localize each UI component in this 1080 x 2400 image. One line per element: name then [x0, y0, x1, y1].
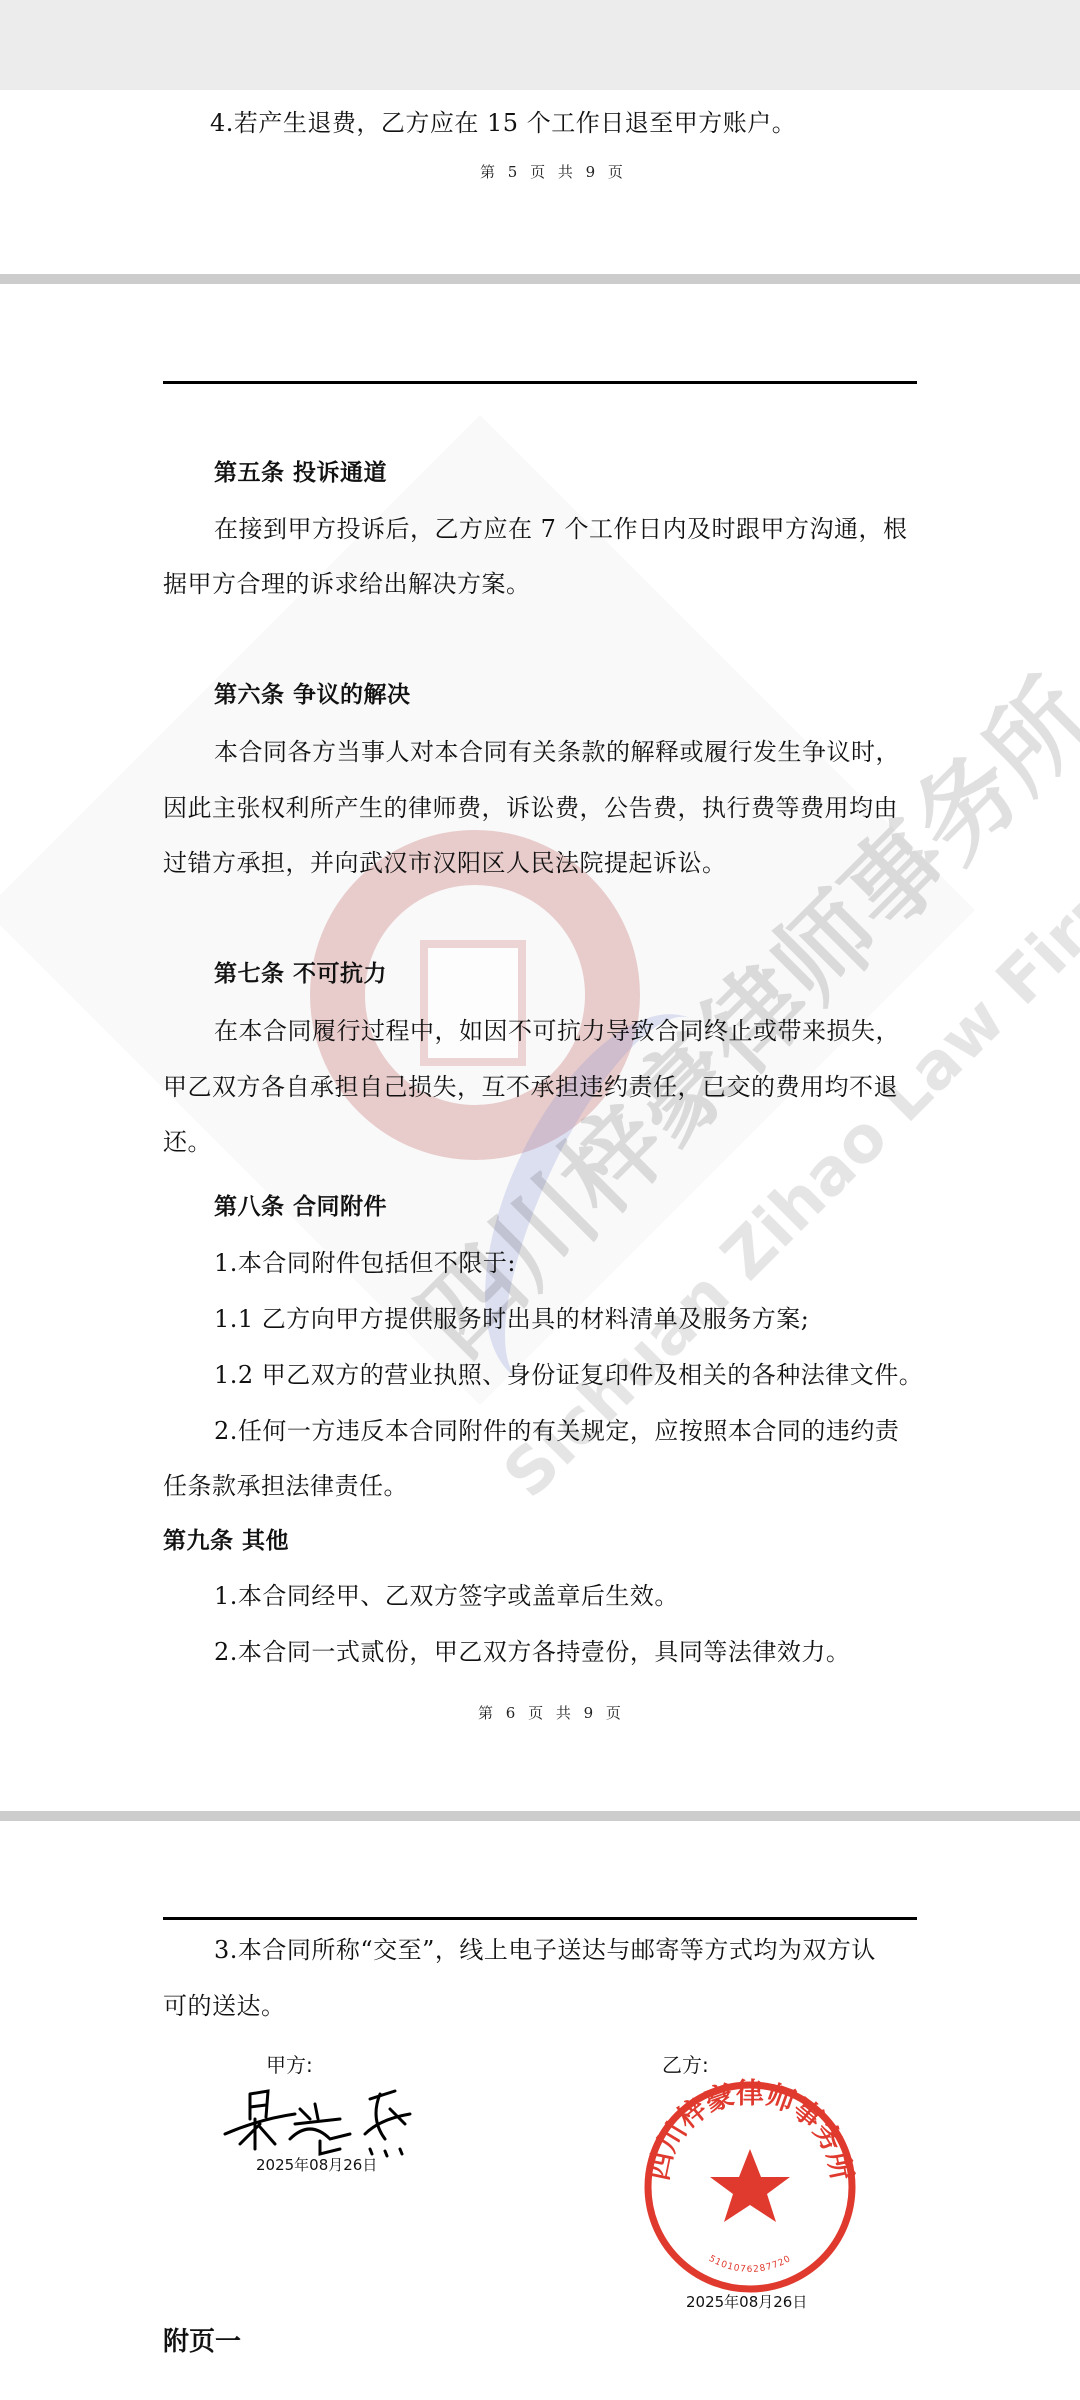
svg-text:5101076287720: 5101076287720: [707, 2254, 793, 2275]
page-separator: [0, 1811, 1080, 1821]
page-6: 四川梓豪律师事务所 Sichuan Zihao Law Firm 第五条 投诉通…: [0, 284, 1080, 1811]
article-7-text: 还。: [163, 1127, 212, 1157]
article-9-text: 1.本合同经甲、乙双方签字或盖章后生效。: [214, 1581, 679, 1611]
party-a-date: 2025年08月26日: [256, 2154, 377, 2175]
article-7-title: 第七条 不可抗力: [214, 959, 387, 989]
page-separator: [0, 274, 1080, 284]
article-6-title: 第六条 争议的解决: [214, 680, 411, 710]
party-b-date: 2025年08月26日: [686, 2291, 807, 2312]
page-footer: 第 6 页 共 9 页: [478, 1702, 625, 1723]
article-6-text: 过错方承担，并向武汉市汉阳区人民法院提起诉讼。: [163, 848, 727, 878]
party-a-signature: [220, 2079, 420, 2159]
appendix-title: 附页一: [163, 2321, 241, 2358]
article-7-text: 在本合同履行过程中，如因不可抗力导致合同终止或带来损失，: [214, 1016, 900, 1046]
page-7: 3.本合同所称“交至”，线上电子送达与邮寄等方式均为双方认 可的送达。 甲方: …: [0, 1821, 1080, 2400]
watermark-logo-ring: [310, 830, 640, 1160]
article-7-text: 甲乙双方各自承担自己损失，互不承担违约责任，已交的费用均不退: [163, 1072, 898, 1102]
clause-text: 可的送达。: [163, 1991, 286, 2021]
article-5-title: 第五条 投诉通道: [214, 458, 387, 488]
watermark-text-en: Sichuan Zihao Law Firm: [490, 851, 1080, 1512]
article-8-text: 1.2 甲乙双方的营业执照、身份证复印件及相关的各种法律文件。: [214, 1360, 923, 1390]
article-8-text: 任条款承担法律责任。: [163, 1471, 408, 1501]
viewer-top-bar: [0, 0, 1080, 90]
article-5-text: 在接到甲方投诉后，乙方应在 7 个工作日内及时跟甲方沟通，根: [214, 514, 908, 544]
article-6-text: 本合同各方当事人对本合同有关条款的解释或履行发生争议时，: [214, 737, 900, 767]
clause-text: 4.若产生退费，乙方应在 15 个工作日退至甲方账户。: [210, 108, 796, 138]
article-8-title: 第八条 合同附件: [214, 1192, 387, 1222]
article-9-text: 2.本合同一式贰份，甲乙双方各持壹份，具同等法律效力。: [214, 1637, 850, 1667]
page-5: 4.若产生退费，乙方应在 15 个工作日退至甲方账户。 第 5 页 共 9 页: [0, 90, 1080, 274]
gavel-icon: [420, 940, 526, 1066]
article-5-text: 据甲方合理的诉求给出解决方案。: [163, 569, 531, 599]
party-b-label: 乙方:: [662, 2049, 709, 2078]
party-a-label: 甲方:: [266, 2049, 313, 2078]
article-9-title: 第九条 其他: [163, 1526, 289, 1556]
header-rule: [163, 1917, 917, 1920]
article-8-text: 1.本合同附件包括但不限于:: [214, 1248, 516, 1278]
clause-text: 3.本合同所称“交至”，线上电子送达与邮寄等方式均为双方认: [214, 1935, 876, 1965]
article-8-text: 1.1 乙方向甲方提供服务时出具的材料清单及服务方案;: [214, 1304, 809, 1334]
article-8-text: 2.任何一方违反本合同附件的有关规定，应按照本合同的违约责: [214, 1416, 899, 1446]
company-seal: 四川梓豪律师事务所 5101076287720: [640, 2077, 860, 2297]
page-footer: 第 5 页 共 9 页: [480, 161, 627, 182]
header-rule: [163, 381, 917, 384]
article-6-text: 因此主张权利所产生的律师费，诉讼费，公告费，执行费等费用均由: [163, 793, 898, 823]
